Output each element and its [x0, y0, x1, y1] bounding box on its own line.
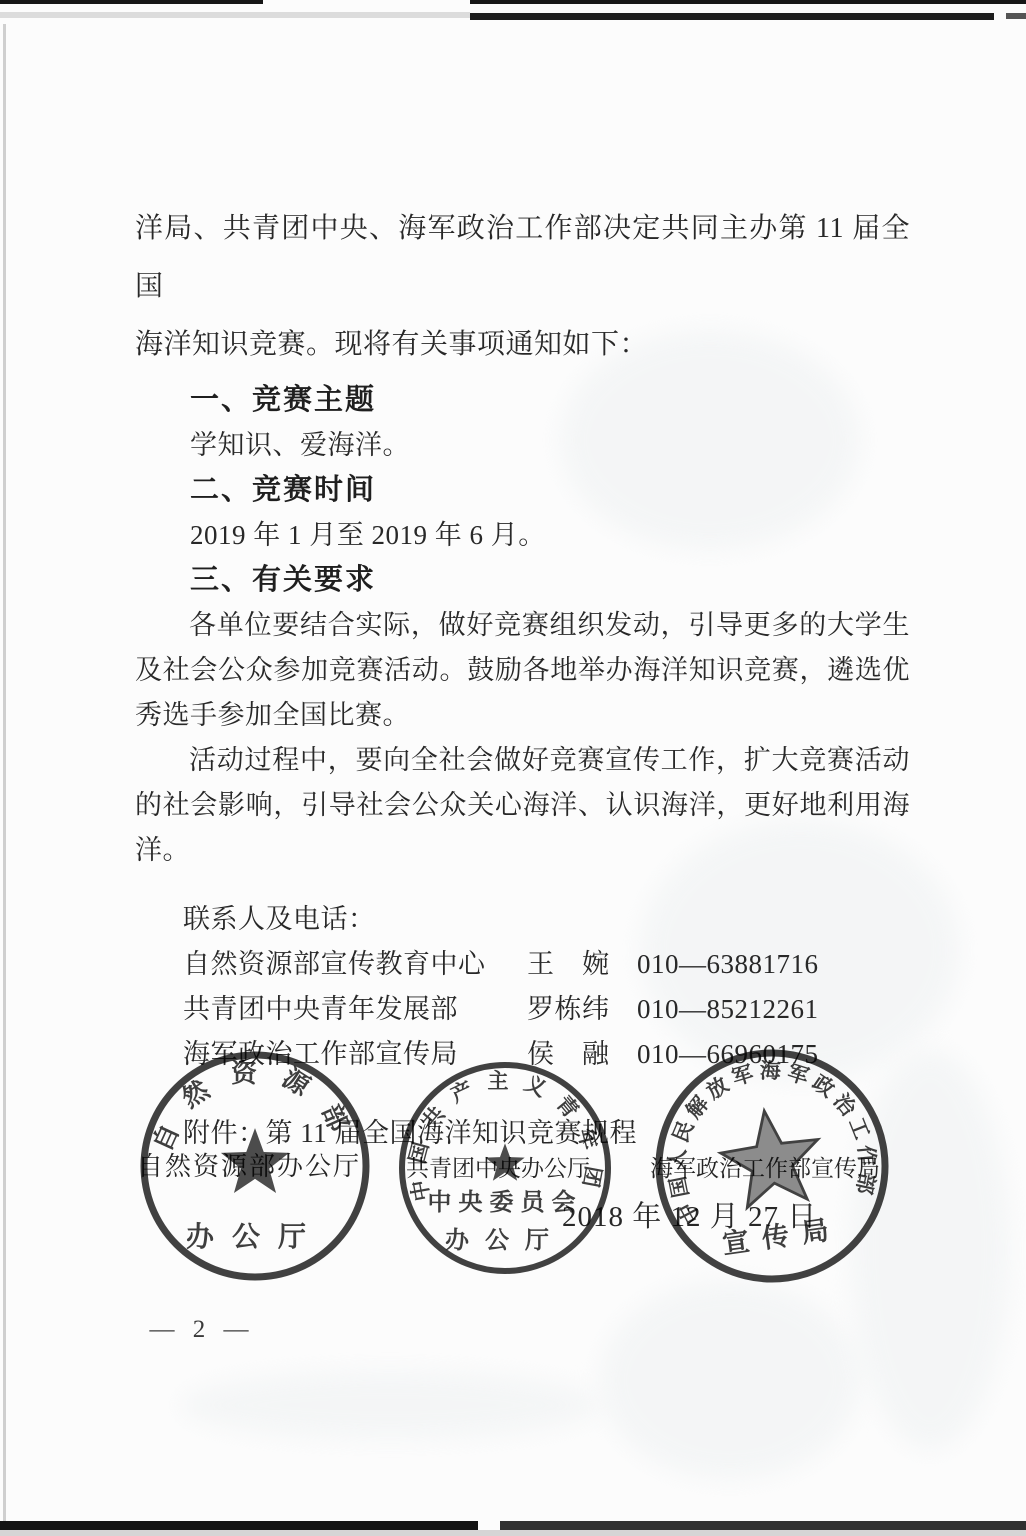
scan-artifact-bottom-strip [0, 1530, 1026, 1536]
seal3-bottom-text: 宣传局 [720, 1212, 843, 1259]
seal-star-icon [716, 1104, 826, 1210]
section-2-text: 2019 年 1 月至 2019 年 6 月。 [135, 513, 910, 558]
intro-line-2: 海洋知识竞赛。现将有关事项通知如下： [135, 316, 910, 374]
scan-artifact-left-edge-line [3, 24, 6, 1536]
seal1-bottom-text: 办公厅 [186, 1221, 324, 1253]
intro-line-1: 洋局、共青团中央、海军政治工作部决定共同主办第 11 届全国 [135, 200, 910, 316]
contact-phone: 010—63881716 [637, 942, 819, 987]
scan-artifact-top-dash [1006, 13, 1026, 19]
contact-org: 自然资源部宣传教育中心 [183, 942, 527, 987]
contact-row: 自然资源部宣传教育中心 王 婉 010—63881716 [183, 942, 910, 987]
section-3-heading: 三、有关要求 [135, 558, 910, 603]
official-seal-navy-publicity-bureau: 中国人民解放军海军政治工作部 宣传局 [634, 1028, 910, 1304]
scan-artifact-top-dark-bar [470, 13, 994, 20]
scan-artifact-top-bar-right [470, 0, 1026, 4]
scan-smudge [600, 1280, 860, 1480]
contact-header: 联系人及电话： [183, 897, 910, 942]
section-3-paragraph-2: 活动过程中，要向全社会做好竞赛宣传工作，扩大竞赛活动的社会影响，引导社会公众关心… [135, 738, 910, 873]
contact-org: 共青团中央青年发展部 [183, 987, 527, 1032]
contact-name: 王 婉 [527, 942, 637, 987]
scanned-document-page: 洋局、共青团中央、海军政治工作部决定共同主办第 11 届全国 海洋知识竞赛。现将… [0, 0, 1026, 1536]
contact-phone: 010—85212261 [637, 987, 819, 1032]
section-2-heading: 二、竞赛时间 [135, 468, 910, 513]
seal-star-icon [485, 1143, 524, 1180]
scan-artifact-top-gray-bar [0, 12, 470, 18]
scan-artifact-bottom-bar-right [500, 1521, 1026, 1530]
official-seal-natural-resources-office: 自然资源部 办公厅 [135, 1046, 375, 1286]
scan-artifact-top-bar-left [0, 0, 263, 4]
document-body: 洋局、共青团中央、海军政治工作部决定共同主办第 11 届全国 海洋知识竞赛。现将… [135, 200, 910, 1156]
scan-smudge [180, 1370, 600, 1440]
contact-row: 共青团中央青年发展部 罗栋纬 010—85212261 [183, 987, 910, 1032]
section-3-paragraph-1: 各单位要结合实际，做好竞赛组织发动，引导更多的大学生及社会公众参加竞赛活动。鼓励… [135, 603, 910, 738]
official-seal-youth-league-office: 中国共产主义青年团 中央委员会 办公厅 [395, 1058, 615, 1278]
scan-artifact-bottom-bar-left [0, 1521, 478, 1530]
seal2-bottom-text: 办公厅 [445, 1227, 565, 1254]
section-1-text: 学知识、爱海洋。 [135, 423, 910, 468]
contact-name: 罗栋纬 [527, 987, 637, 1032]
page-number: — 2 — [142, 1316, 262, 1344]
section-1-heading: 一、竞赛主题 [135, 378, 910, 423]
seal-star-icon [221, 1128, 289, 1193]
seal2-mid-text: 中央委员会 [428, 1188, 583, 1216]
